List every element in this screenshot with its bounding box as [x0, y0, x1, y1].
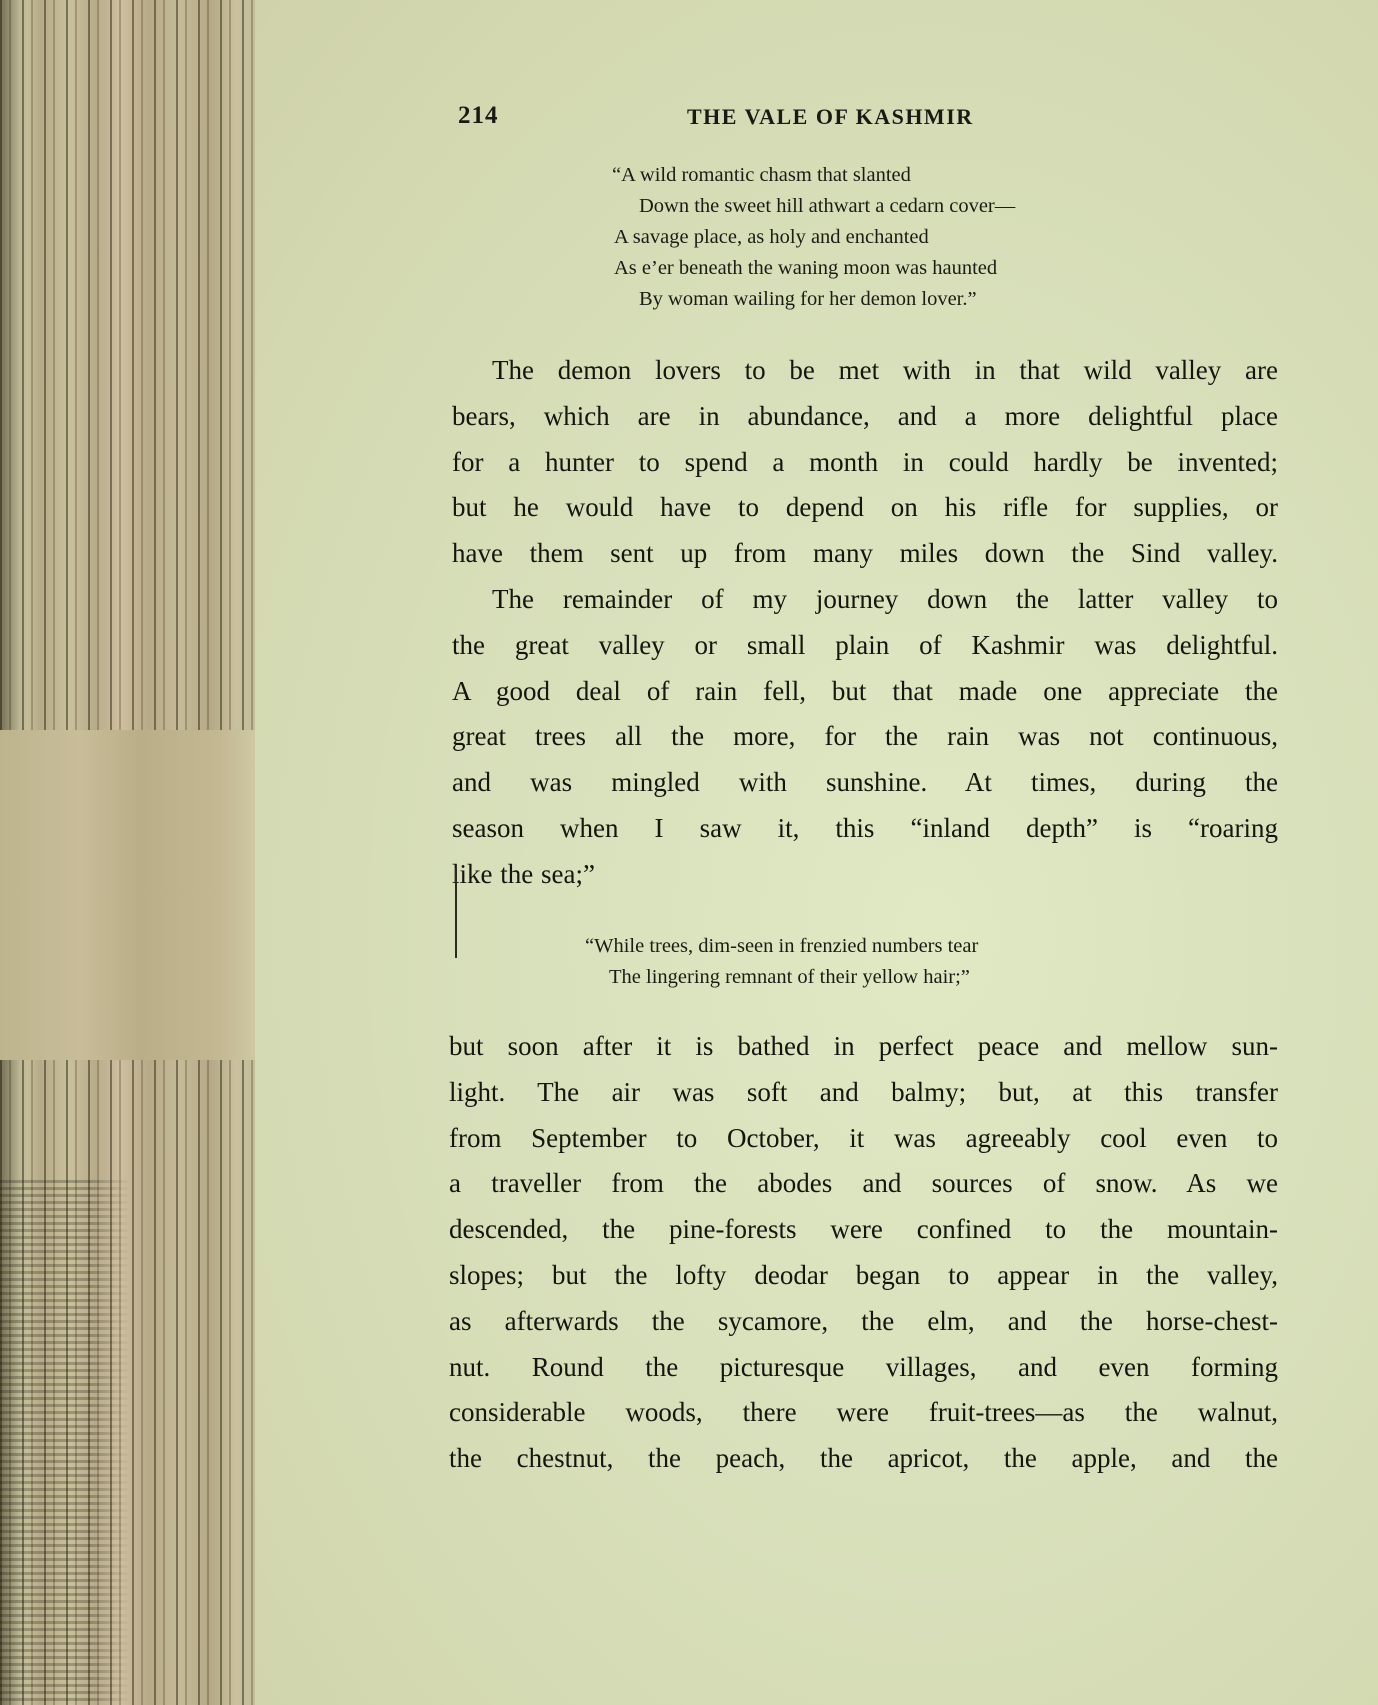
paragraph-1: The demon lovers to be met with in that …: [452, 348, 1278, 577]
text-line: from September to October, it was agreea…: [449, 1116, 1278, 1162]
verse-line: “A wild romantic chasm that slanted: [612, 160, 1015, 191]
text-line: bears, which are in abundance, and a mor…: [452, 394, 1278, 440]
paragraph-3: but soon after it is bathed in perfect p…: [449, 1024, 1278, 1482]
page-number: 214: [458, 102, 499, 130]
text-line: the chestnut, the peach, the apricot, th…: [449, 1436, 1278, 1482]
text-line: as afterwards the sycamore, the elm, and…: [449, 1299, 1278, 1345]
text-line: The demon lovers to be met with in that …: [452, 348, 1278, 394]
text-line: for a hunter to spend a month in could h…: [452, 440, 1278, 486]
running-title: THE VALE OF KASHMIR: [687, 104, 974, 130]
margin-pencil-mark: [455, 868, 457, 958]
verse-line: “While trees, dim-seen in frenzied numbe…: [585, 931, 978, 962]
text-line: but soon after it is bathed in perfect p…: [449, 1024, 1278, 1070]
text-line: light. The air was soft and balmy; but, …: [449, 1070, 1278, 1116]
text-line: The remainder of my journey down the lat…: [452, 577, 1278, 623]
verse-quote-2: “While trees, dim-seen in frenzied numbe…: [585, 931, 978, 993]
text-line: season when I saw it, this “inland depth…: [452, 806, 1278, 852]
text-line: A good deal of rain fell, but that made …: [452, 669, 1278, 715]
text-line: a traveller from the abodes and sources …: [449, 1161, 1278, 1207]
text-line: but he would have to depend on his rifle…: [452, 485, 1278, 531]
verse-line: As e’er beneath the waning moon was haun…: [612, 253, 1015, 284]
text-line: slopes; but the lofty deodar began to ap…: [449, 1253, 1278, 1299]
verse-line: The lingering remnant of their yellow ha…: [585, 962, 978, 993]
verse-line: Down the sweet hill athwart a cedarn cov…: [612, 191, 1015, 222]
page-header: 214 THE VALE OF KASHMIR: [458, 102, 1058, 138]
text-line: considerable woods, there were fruit-tre…: [449, 1390, 1278, 1436]
text-line: and was mingled with sunshine. At times,…: [452, 760, 1278, 806]
text-line: nut. Round the picturesque villages, and…: [449, 1345, 1278, 1391]
verse-line: A savage place, as holy and enchanted: [612, 222, 1015, 253]
paragraph-2: The remainder of my journey down the lat…: [452, 577, 1278, 898]
text-line: descended, the pine-forests were confine…: [449, 1207, 1278, 1253]
text-line: like the sea;”: [452, 852, 1278, 898]
text-line: have them sent up from many miles down t…: [452, 531, 1278, 577]
text-line: the great valley or small plain of Kashm…: [452, 623, 1278, 669]
verse-quote-1: “A wild romantic chasm that slanted Down…: [612, 160, 1015, 315]
text-line: great trees all the more, for the rain w…: [452, 714, 1278, 760]
verse-line: By woman wailing for her demon lover.”: [612, 284, 1015, 315]
